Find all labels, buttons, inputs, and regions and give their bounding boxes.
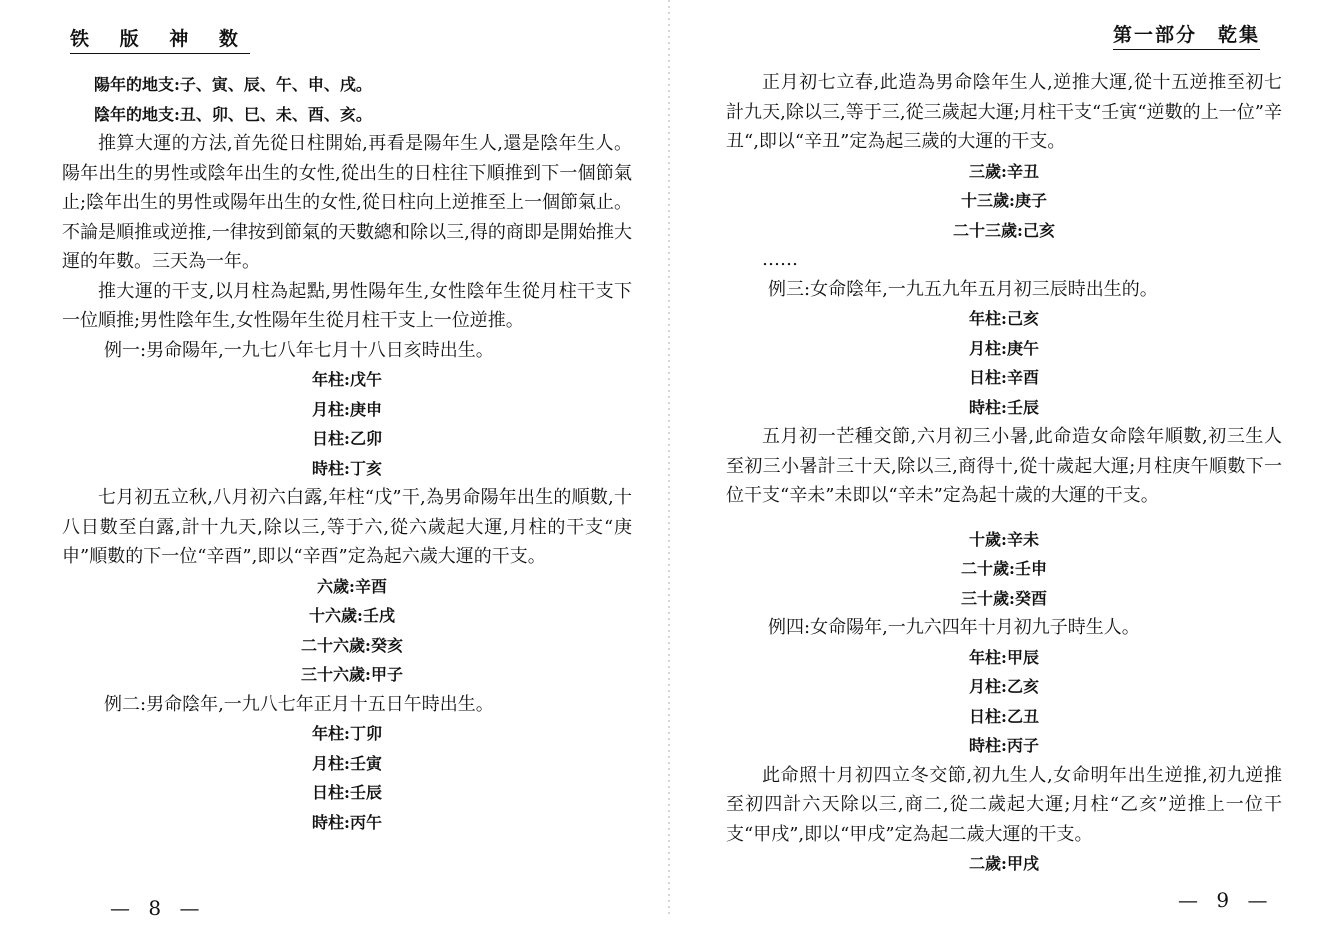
example1-title: 例一:男命陽年,一九七八年七月十八日亥時出生。: [62, 336, 632, 366]
page-number-left: — 8 —: [110, 896, 205, 920]
example2-explanation: 正月初七立春,此造為男命陰年生人,逆推大運,從十五逆推至初七計九天,除以三,等于…: [726, 68, 1282, 157]
example1-luck-2: 十六歲:壬戌: [62, 601, 632, 631]
paragraph-ganzhi: 推大運的干支,以月柱為起點,男性陽年生,女性陰年生從月柱干支下一位順推;男性陰年…: [62, 277, 632, 336]
example3-year-pillar: 年柱:己亥: [726, 304, 1282, 334]
paragraph-method: 推算大運的方法,首先從日柱開始,再看是陽年生人,還是陰年生人。陽年出生的男性或陰…: [62, 129, 632, 277]
example3-hour-pillar: 時柱:壬辰: [726, 393, 1282, 423]
ellipsis: ……: [726, 245, 1282, 275]
example4-day-pillar: 日柱:乙丑: [726, 702, 1282, 732]
yang-branches-line: 陽年的地支:子、寅、辰、午、申、戌。: [62, 70, 632, 100]
example1-explanation: 七月初五立秋,八月初六白露,年柱“戊”干,為男命陽年出生的順數,十八日數至白露,…: [62, 483, 632, 572]
example1-luck-3: 二十六歲:癸亥: [62, 631, 632, 661]
example4-explanation: 此命照十月初四立冬交節,初九生人,女命明年出生逆推,初九逆推至初四計六天除以三,…: [726, 761, 1282, 850]
example2-luck-3: 二十三歲:己亥: [726, 216, 1282, 246]
right-page: 第一部分 乾集 正月初七立春,此造為男命陰年生人,逆推大運,從十五逆推至初七計九…: [668, 0, 1326, 946]
example2-day-pillar: 日柱:壬辰: [62, 778, 632, 808]
example2-luck-1: 三歲:辛丑: [726, 157, 1282, 187]
running-head-book-title: 铁 版 神 数: [70, 24, 250, 54]
example3-luck-1: 十歲:辛未: [726, 525, 1282, 555]
example1-luck-4: 三十六歲:甲子: [62, 660, 632, 690]
example3-explanation: 五月初一芒種交節,六月初三小暑,此命造女命陰年順數,初三生人至初三小暑計三十天,…: [726, 422, 1282, 511]
example3-luck-3: 三十歲:癸酉: [726, 584, 1282, 614]
example2-year-pillar: 年柱:丁卯: [62, 719, 632, 749]
running-head-section-title: 第一部分 乾集: [1113, 20, 1260, 50]
yin-branches-line: 陰年的地支:丑、卯、巳、未、酉、亥。: [62, 100, 632, 130]
example3-month-pillar: 月柱:庚午: [726, 334, 1282, 364]
left-page-body: 陽年的地支:子、寅、辰、午、申、戌。 陰年的地支:丑、卯、巳、未、酉、亥。 推算…: [62, 70, 632, 837]
example4-month-pillar: 月柱:乙亥: [726, 672, 1282, 702]
example1-year-pillar: 年柱:戊午: [62, 365, 632, 395]
example3-title: 例三:女命陰年,一九五九年五月初三辰時出生的。: [726, 275, 1282, 305]
example2-luck-2: 十三歲:庚子: [726, 186, 1282, 216]
example1-month-pillar: 月柱:庚申: [62, 395, 632, 425]
example3-luck-2: 二十歲:壬申: [726, 554, 1282, 584]
page-number-right: — 9 —: [1178, 888, 1273, 912]
left-page: 铁 版 神 数 陽年的地支:子、寅、辰、午、申、戌。 陰年的地支:丑、卯、巳、未…: [0, 0, 660, 946]
example2-month-pillar: 月柱:壬寅: [62, 749, 632, 779]
example2-hour-pillar: 時柱:丙午: [62, 808, 632, 838]
example4-hour-pillar: 時柱:丙子: [726, 731, 1282, 761]
example3-day-pillar: 日柱:辛酉: [726, 363, 1282, 393]
example4-luck-1: 二歲:甲戌: [726, 849, 1282, 879]
example1-hour-pillar: 時柱:丁亥: [62, 454, 632, 484]
example1-day-pillar: 日柱:乙卯: [62, 424, 632, 454]
example4-year-pillar: 年柱:甲辰: [726, 643, 1282, 673]
example4-title: 例四:女命陽年,一九六四年十月初九子時生人。: [726, 613, 1282, 643]
example2-title: 例二:男命陰年,一九八七年正月十五日午時出生。: [62, 690, 632, 720]
right-page-body: 正月初七立春,此造為男命陰年生人,逆推大運,從十五逆推至初七計九天,除以三,等于…: [726, 68, 1282, 879]
example1-luck-1: 六歲:辛酉: [62, 572, 632, 602]
